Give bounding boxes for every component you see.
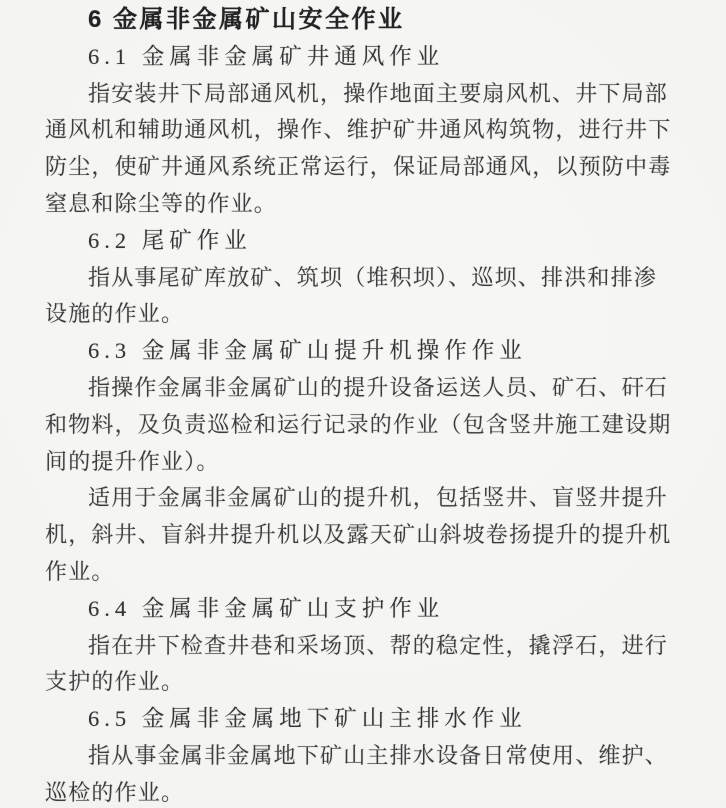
- paragraph-line: 适用于金属非金属矿山的提升机，包括竖井、盲竖井提升: [45, 480, 726, 517]
- paragraph-line: 间的提升作业）。: [45, 444, 726, 481]
- paragraph-line: 防尘，使矿井通风系统正常运行，保证局部通风，以预防中毒: [45, 149, 726, 186]
- paragraph-line: 通风机和辅助通风机，操作、维护矿井通风构筑物，进行井下: [45, 112, 726, 149]
- paragraph-line: 和物料，及负责巡检和运行记录的作业（包含竖井施工建设期: [45, 407, 726, 444]
- section-heading-6-3: 6.3 金属非金属矿山提升机操作作业: [45, 333, 726, 370]
- section-heading-6-1: 6.1 金属非金属矿井通风作业: [45, 39, 726, 76]
- paragraph-line: 支护的作业。: [45, 664, 726, 701]
- paragraph-line: 指操作金属非金属矿山的提升设备运送人员、矿石、矸石: [45, 370, 726, 407]
- paragraph-line: 巡检的作业。: [45, 775, 726, 808]
- paragraph-line: 指安装井下局部通风机，操作地面主要扇风机、井下局部: [45, 76, 726, 113]
- section-heading-6-2: 6.2 尾矿作业: [45, 223, 726, 260]
- scanned-document-page: 6 金属非金属矿山安全作业 6.1 金属非金属矿井通风作业 指安装井下局部通风机…: [0, 0, 726, 808]
- paragraph-line: 作业。: [45, 554, 726, 591]
- paragraph-line: 指从事尾矿库放矿、筑坝（堆积坝）、巡坝、排洪和排渗: [45, 260, 726, 297]
- section-heading-6-5: 6.5 金属非金属地下矿山主排水作业: [45, 701, 726, 738]
- paragraph-line: 机，斜井、盲斜井提升机以及露天矿山斜坡卷扬提升的提升机: [45, 517, 726, 554]
- paragraph-line: 指在井下检查井巷和采场顶、帮的稳定性，撬浮石，进行: [45, 628, 726, 665]
- paragraph-line: 指从事金属非金属地下矿山主排水设备日常使用、维护、: [45, 738, 726, 775]
- section-heading-6-4: 6.4 金属非金属矿山支护作业: [45, 591, 726, 628]
- paragraph-line: 窒息和除尘等的作业。: [45, 186, 726, 223]
- paragraph-line: 设施的作业。: [45, 296, 726, 333]
- chapter-heading: 6 金属非金属矿山安全作业: [45, 2, 726, 39]
